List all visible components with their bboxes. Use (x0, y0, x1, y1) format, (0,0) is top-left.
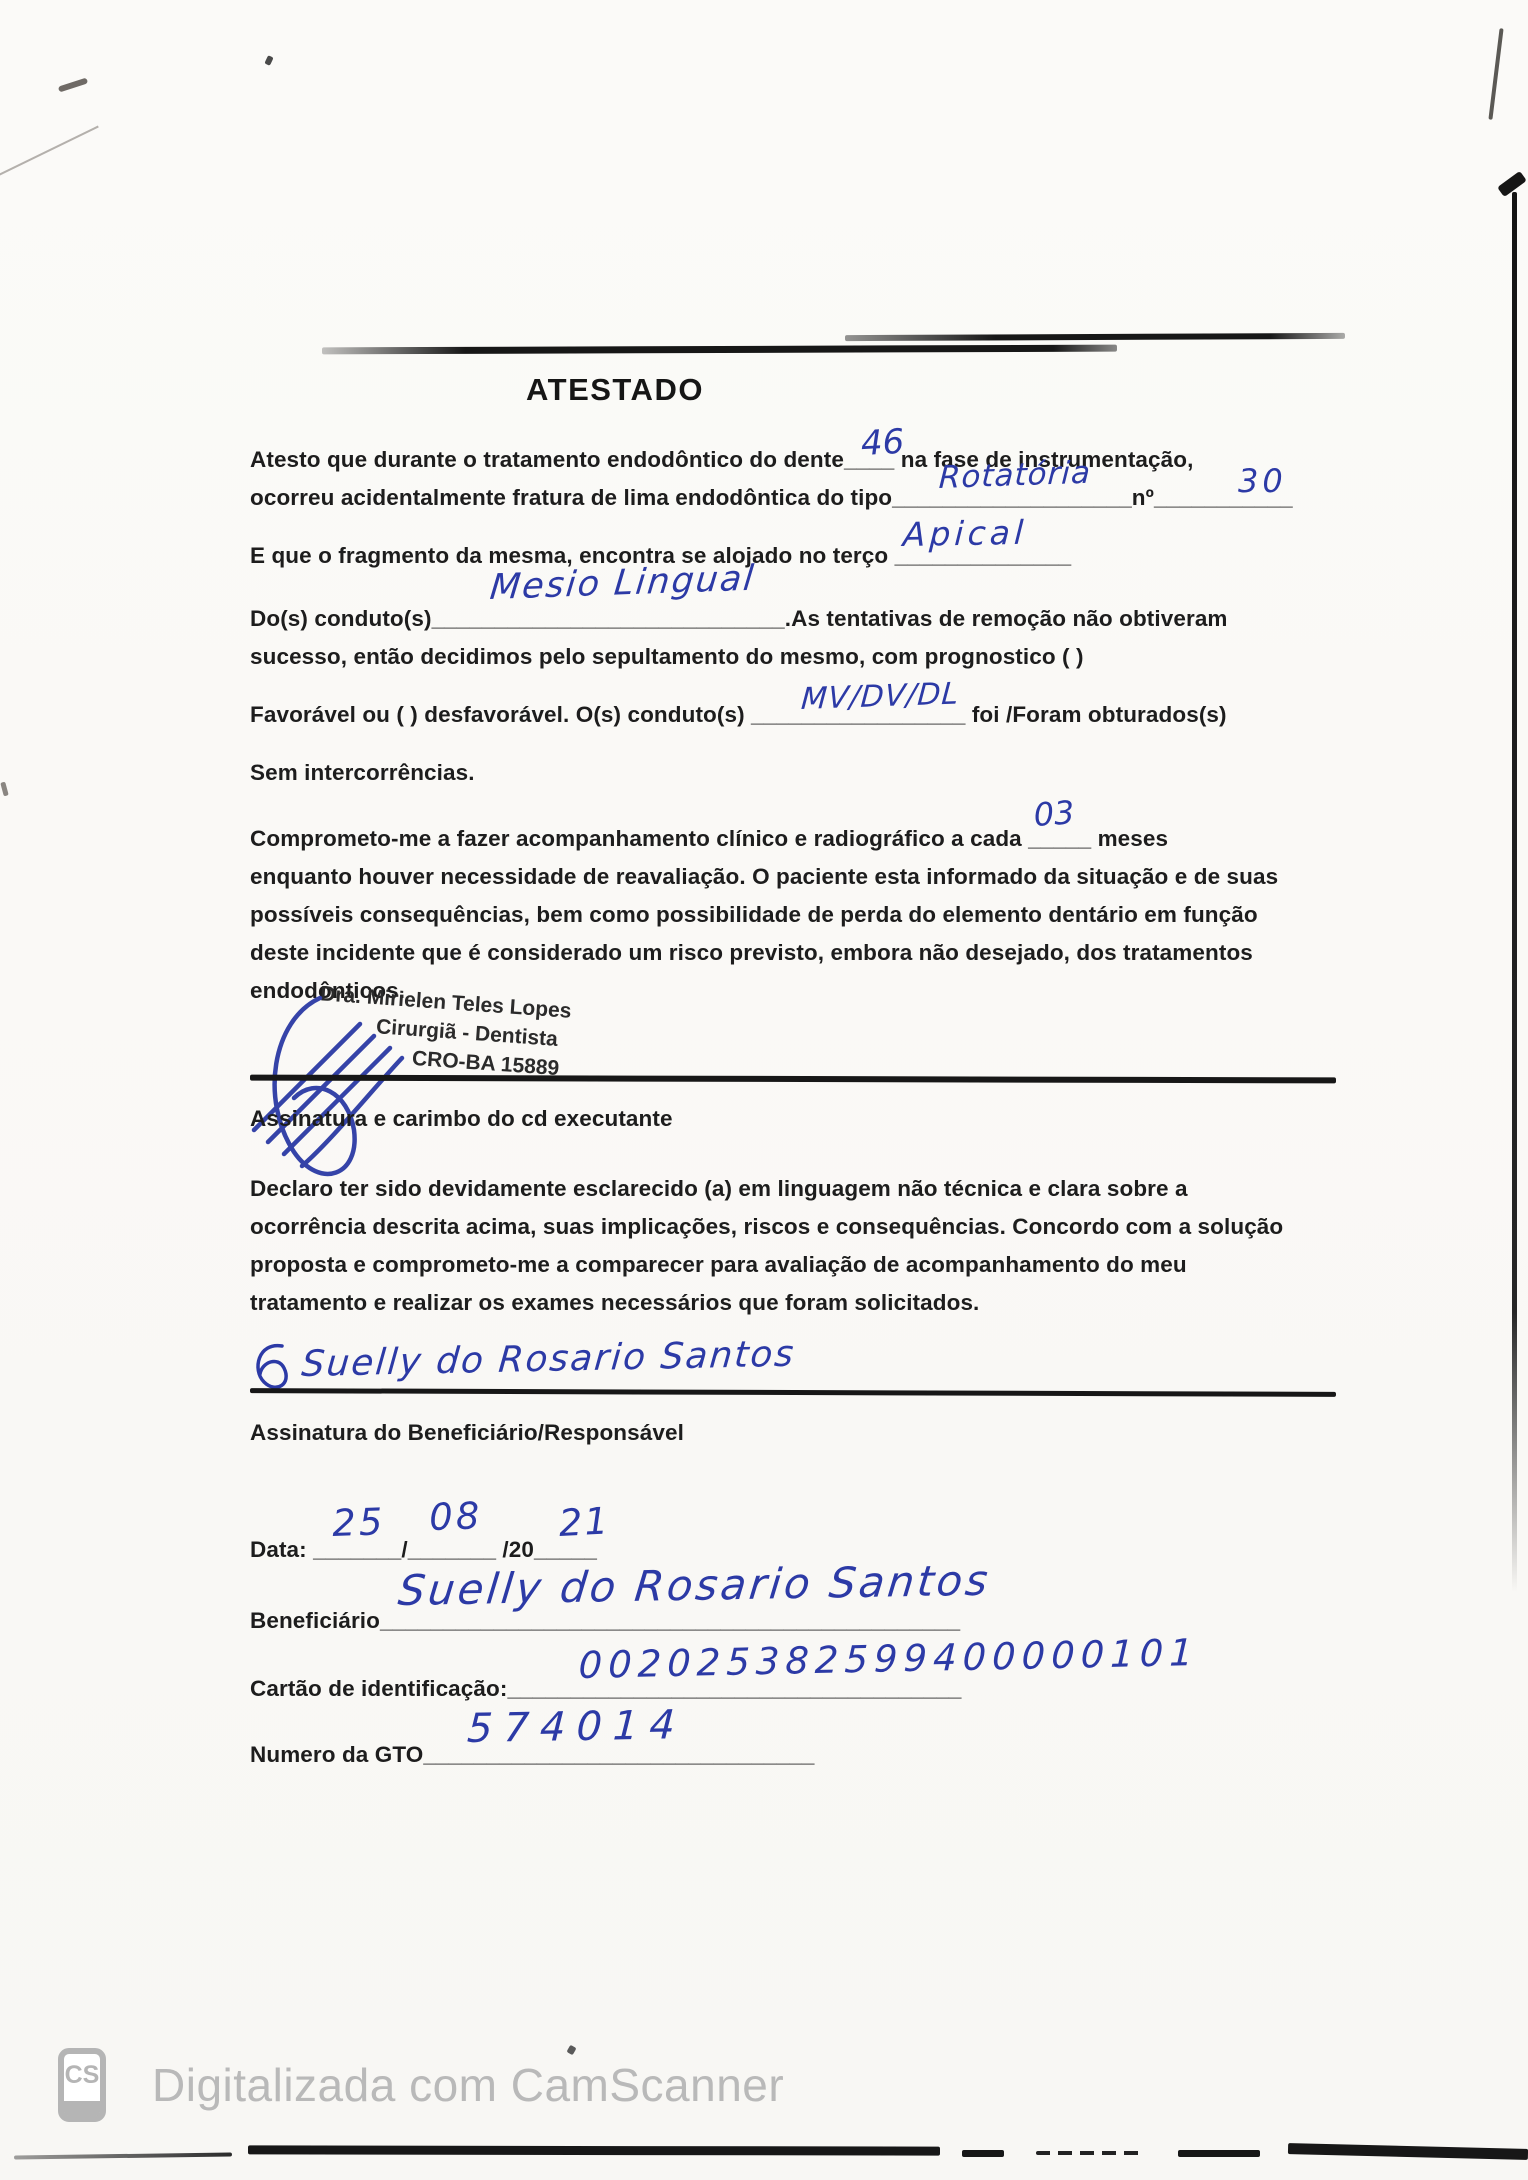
handwriting-data-dia: 25 (331, 1500, 386, 1545)
handwriting-condutos-obturados: MV/DV/DL (800, 676, 960, 717)
handwriting-condutos: Mesio Lingual (488, 559, 757, 608)
paragraph-atesto-line2: ocorreu acidentalmente fratura de lima e… (250, 485, 1293, 511)
scan-line-top-b (845, 333, 1345, 341)
handwriting-terco: Apical (902, 513, 1028, 554)
scan-line-bottom-b (248, 2145, 940, 2155)
handwriting-meses: 03 (1032, 793, 1075, 834)
scanned-document-page: ATESTADO Atesto que durante o tratamento… (0, 0, 1528, 2180)
paragraph-compromisso-line1: Comprometo-me a fazer acompanhamento clí… (250, 826, 1168, 852)
signature-line-beneficiario (250, 1388, 1336, 1397)
camscanner-logo-bar (64, 2101, 100, 2116)
caption-assinatura-beneficiario: Assinatura do Beneficiário/Responsável (250, 1420, 684, 1446)
paragraph-declaro-line3: proposta e comprometo-me a comparecer pa… (250, 1252, 1187, 1278)
paragraph-compromisso-line3: possíveis consequências, bem como possib… (250, 902, 1258, 928)
camscanner-watermark-text: Digitalizada com CamScanner (152, 2058, 784, 2112)
scan-line-bottom-f (1288, 2143, 1528, 2160)
speck-top (264, 55, 273, 66)
handwriting-data-mes: 08 (428, 1494, 483, 1539)
scan-line-top-a (322, 345, 1117, 355)
handwriting-tipo-lima: Rotatória (938, 455, 1092, 496)
document-title: ATESTADO (250, 372, 980, 408)
caption-assinatura-executante: Assinatura e carimbo do cd executante (250, 1106, 673, 1132)
paragraph-declaro-line4: tratamento e realizar os exames necessár… (250, 1290, 979, 1316)
paragraph-compromisso-line4: deste incidente que é considerado um ris… (250, 940, 1253, 966)
handwriting-dente: 46 (860, 422, 905, 464)
scan-line-bottom-d (1036, 2151, 1144, 2155)
handwriting-beneficiario-nome: Suelly do Rosario Santos (396, 1556, 993, 1615)
paragraph-favoravel: Favorável ou ( ) desfavorável. O(s) cond… (250, 702, 1227, 728)
scan-line-bottom-a (14, 2152, 232, 2159)
handwriting-numero-lima: 30 (1238, 462, 1287, 500)
paragraph-declaro-line1: Declaro ter sido devidamente esclarecido… (250, 1176, 1188, 1202)
paragraph-declaro-line2: ocorrência descrita acima, suas implicaç… (250, 1214, 1283, 1240)
pencil-mark-topleft (0, 126, 99, 177)
handwriting-cartao-numero: 002025382599400000101 (578, 1631, 1200, 1687)
camscanner-logo: CS (58, 2048, 106, 2122)
paragraph-condutos-line1: Do(s) conduto(s)________________________… (250, 606, 1228, 632)
dentist-signature-scribble (242, 980, 472, 1195)
handwriting-assinatura-beneficiario: Suelly do Rosario Santos (300, 1334, 797, 1385)
field-data: Data: _______/_______ /20_____ (250, 1537, 597, 1563)
pencil-mark-topleft-tip (58, 78, 88, 93)
speck-left-edge (0, 782, 8, 797)
handwriting-gto-numero: 574014 (466, 1702, 687, 1752)
page-curl-top-right (1488, 28, 1503, 120)
paragraph-compromisso-line2: enquanto houver necessidade de reavaliaç… (250, 864, 1278, 890)
page-edge-line-right (1512, 192, 1517, 1592)
handwriting-data-ano: 21 (558, 1499, 611, 1545)
speck-footer (566, 2045, 576, 2055)
paragraph-sem-intercorrencias: Sem intercorrências. (250, 760, 475, 786)
field-beneficiario: Beneficiário____________________________… (250, 1608, 960, 1634)
paragraph-condutos-line2: sucesso, então decidimos pelo sepultamen… (250, 644, 1084, 670)
scan-line-bottom-e (1178, 2150, 1260, 2157)
scan-line-bottom-c (962, 2150, 1004, 2157)
camscanner-logo-letters: CS (64, 2061, 100, 2090)
